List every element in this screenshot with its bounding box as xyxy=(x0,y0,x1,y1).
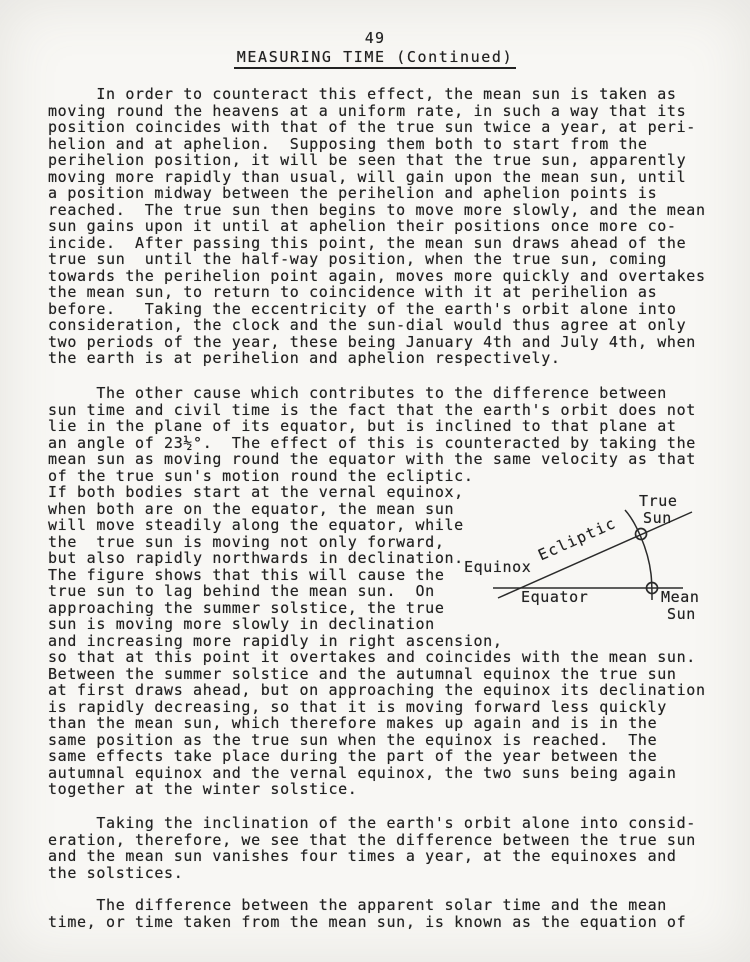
mean-sun-label: Mean xyxy=(661,589,700,605)
text-line: position coincides with that of the true… xyxy=(48,119,706,136)
text-line: of the true sun's motion round the eclip… xyxy=(48,468,706,485)
text-line: time, or time taken from the mean sun, i… xyxy=(48,914,686,931)
text-line: moving more rapidly than usual, will gai… xyxy=(48,169,706,186)
text-line: The other cause which contributes to the… xyxy=(48,385,706,402)
text-line: is rapidly decreasing, so that it is mov… xyxy=(48,699,706,716)
text-line: at first draws ahead, but on approaching… xyxy=(48,682,706,699)
equator-label: Equator xyxy=(521,589,588,605)
text-line: Taking the inclination of the earth's or… xyxy=(48,815,696,832)
text-line: so that at this point it overtakes and c… xyxy=(48,649,706,666)
text-line: incide. After passing this point, the me… xyxy=(48,235,706,252)
text-line: sun gains upon it until at aphelion thei… xyxy=(48,218,706,235)
text-line: reached. The true sun then begins to mov… xyxy=(48,202,706,219)
text-line: eration, therefore, we see that the diff… xyxy=(48,832,696,849)
text-line: and the mean sun vanishes four times a y… xyxy=(48,848,696,865)
page-number: 49 xyxy=(0,30,750,47)
text-line: the mean sun, to return to coincidence w… xyxy=(48,284,706,301)
true-sun-label: True xyxy=(639,493,678,509)
text-line: a position midway between the perihelion… xyxy=(48,185,706,202)
text-line: than the mean sun, which therefore makes… xyxy=(48,715,706,732)
paragraph-4: The difference between the apparent sola… xyxy=(48,897,686,930)
text-line: towards the perihelion point again, move… xyxy=(48,268,706,285)
paragraph-3: Taking the inclination of the earth's or… xyxy=(48,815,696,881)
text-line: The difference between the apparent sola… xyxy=(48,897,686,914)
true-sun-label: Sun xyxy=(643,510,672,526)
text-line: consideration, the clock and the sun-dia… xyxy=(48,317,706,334)
text-line: together at the winter solstice. xyxy=(48,781,706,798)
title-container: MEASURING TIME (Continued) xyxy=(0,47,750,69)
text-line: In order to counteract this effect, the … xyxy=(48,86,706,103)
text-line: lie in the plane of its equator, but is … xyxy=(48,418,706,435)
text-line: the earth is at perihelion and aphelion … xyxy=(48,350,706,367)
text-line: two periods of the year, these being Jan… xyxy=(48,334,706,351)
mean-sun-label: Sun xyxy=(667,606,696,622)
paragraph-1: In order to counteract this effect, the … xyxy=(48,86,706,367)
text-line: moving round the heavens at a uniform ra… xyxy=(48,103,706,120)
text-line: autumnal equinox and the vernal equinox,… xyxy=(48,765,706,782)
text-line: an angle of 23½°. The effect of this is … xyxy=(48,435,706,452)
ecliptic-equator-diagram: Equinox Ecliptic Equator True Sun Mean S… xyxy=(455,488,715,633)
page-title: MEASURING TIME (Continued) xyxy=(234,49,516,69)
document-page: 49 MEASURING TIME (Continued) In order t… xyxy=(0,0,750,962)
text-line: perihelion position, it will be seen tha… xyxy=(48,152,706,169)
text-line: and increasing more rapidly in right asc… xyxy=(48,633,706,650)
text-line: helion and at aphelion. Supposing them b… xyxy=(48,136,706,153)
text-line: same effects take place during the part … xyxy=(48,748,706,765)
text-line: Between the summer solstice and the autu… xyxy=(48,666,706,683)
text-line: mean sun as moving round the equator wit… xyxy=(48,451,706,468)
text-line: same position as the true sun when the e… xyxy=(48,732,706,749)
text-line: before. Taking the eccentricity of the e… xyxy=(48,301,706,318)
text-line: sun time and civil time is the fact that… xyxy=(48,402,706,419)
equinox-label: Equinox xyxy=(464,559,531,575)
text-line: the solstices. xyxy=(48,865,696,882)
text-line: true sun until the half-way position, wh… xyxy=(48,251,706,268)
